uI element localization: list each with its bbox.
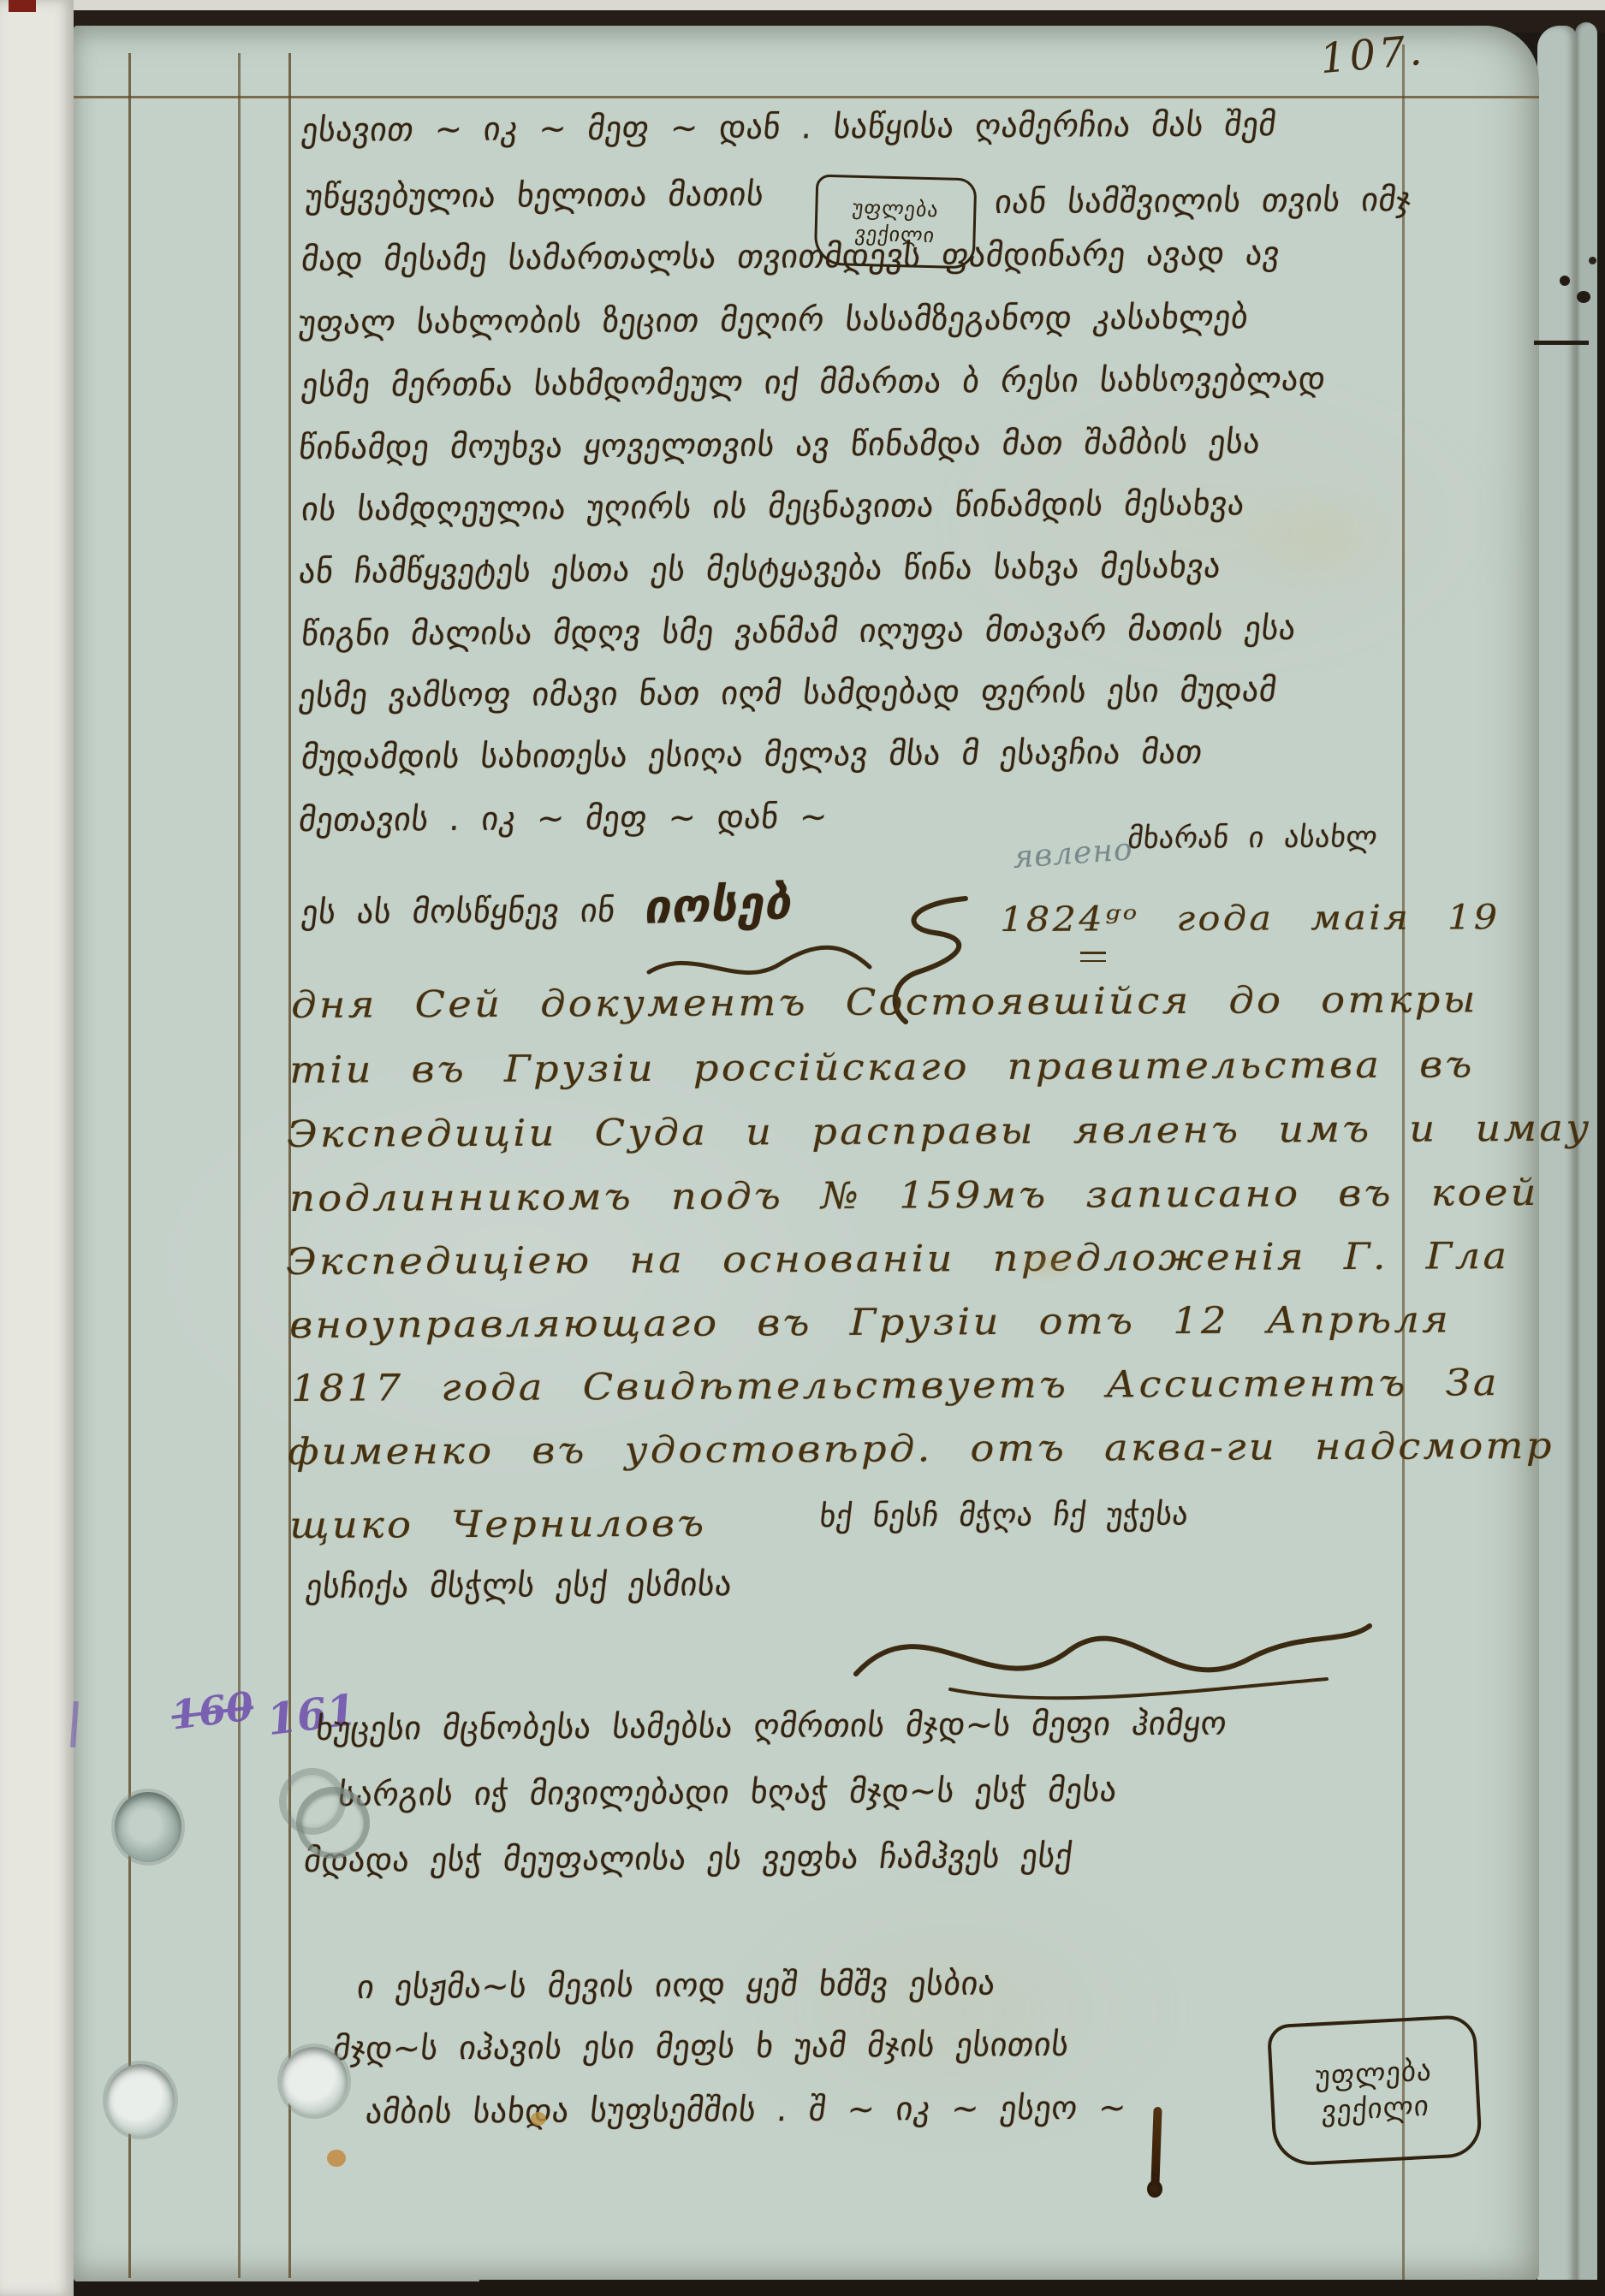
manuscript-line: მჯდ~ს იჰავის ესი მეფს ხ უამ მჯის ესითის: [331, 2026, 1071, 2068]
punch-hole: [106, 2064, 175, 2136]
manuscript-line: подлинникомъ подъ № 159мъ записано въ ко…: [289, 1172, 1539, 1220]
manuscript-line: ხუცესი მცნობესა სამებსა ღმრთის მჯდ~ს მეფ…: [314, 1705, 1229, 1747]
ink-speck: [1577, 291, 1590, 303]
manuscript-line: дня Сей документъ Состоявшійся до откры: [291, 978, 1478, 1027]
paper-stain: [1010, 1245, 1087, 1284]
ruled-line-margin-a: [128, 53, 131, 2278]
ruled-line-margin-c: [288, 53, 291, 2278]
manuscript-line: щико Черниловъ: [289, 1503, 707, 1547]
embossed-seal: [279, 1768, 346, 1835]
ruled-line-top: [74, 96, 1539, 98]
manuscript-line: ესავით ~ იკ ~ მეფ ~ დან . საწყისა ღამერჩ…: [300, 105, 1279, 149]
manuscript-line: фименко въ удостовѣрд. отъ аква-ги надсм…: [288, 1425, 1554, 1474]
paper-stain: [1224, 479, 1412, 599]
manuscript-line: 1824ᵍᵒ года маія 19: [1000, 898, 1501, 940]
punch-hole: [281, 2047, 348, 2115]
stamp-text-line2: ვექილი: [816, 221, 975, 249]
ink-speck: [1589, 257, 1596, 264]
punch-hole: [115, 1792, 181, 1862]
manuscript-line: ესმე ვამსოფ იმავი ნათ იღმ სამდებად ფერის…: [297, 671, 1279, 715]
page-number: 107.: [1318, 27, 1427, 83]
manuscript-line: უფალ სახლობის ზეცით მეღირ სასამზეგანოდ კ…: [297, 298, 1251, 341]
manuscript-line: იან სამშვილის თვის იმჯ: [993, 181, 1414, 221]
ruled-line-margin-b: [238, 53, 241, 2278]
ink-drip-blob: [1147, 2180, 1162, 2198]
manuscript-scan: 107. ესავით ~ იკ ~ მეფ ~ დან . საწყისა ღ…: [0, 0, 1605, 2296]
georgian-stamp-box-top: უფლება ვექილი: [814, 175, 978, 270]
manuscript-line: მხარან ი ასახლ: [1126, 820, 1379, 856]
underlying-page-edge-2: [1575, 22, 1597, 2296]
edge-mark: [1534, 341, 1589, 345]
manuscript-line: ის სამდღეულია უღირს ის მეცნავითა წინამდი…: [300, 484, 1247, 528]
manuscript-line: ესმე მერთნა სახმდომეულ იქ მმართა ბ რესი …: [300, 360, 1328, 404]
ruled-line-right: [1402, 44, 1405, 2280]
paper-stain: [327, 2150, 346, 2167]
manuscript-line: სარგის იჭ მივილებადი ხღაჭ მჯდ~ს ესჭ მესა: [336, 1771, 1120, 1813]
red-corner-mark: [9, 0, 36, 12]
manuscript-line: მად მესამე სამართალსა თვითმდევს ფამდინარ…: [300, 234, 1282, 278]
signature-name: იოსებ: [641, 875, 799, 934]
manuscript-line: მუდამდის სახითესა ესიღა მელავ მსა მ ესავ…: [300, 733, 1205, 776]
manuscript-line: წიგნი მალისა მდღვ სმე ვანმამ იღუფა მთავა…: [300, 609, 1299, 653]
manuscript-line: ამბის სახდა სუფსემშის . შ ~ იკ ~ ესეო ~: [364, 2089, 1129, 2131]
closing-flourish: [847, 1607, 1378, 1718]
underlying-page-edge-1: [1537, 26, 1577, 2296]
manuscript-line: ან ჩამწყვეტეს ესთა ეს მესტყავება წინა სა…: [297, 547, 1223, 590]
manuscript-line: მდადა ესჭ მეუფალისა ეს ვეფხა ჩამჰვეს ესქ: [302, 1837, 1075, 1879]
manuscript-line: ესჩიქა მსჭლს ესქ ესმისა: [304, 1565, 734, 1605]
scanner-edge-top: [74, 0, 1605, 10]
manuscript-line: ეს ას მოსწყნევ ინ: [300, 892, 618, 931]
manuscript-line: ი ესჟმა~ს მევის იოდ ყეშ ხმშვ ესბია: [355, 1964, 998, 2006]
ink-speck: [1560, 276, 1570, 286]
manuscript-line: Экспедиціею на основаніи предложенія Г. …: [286, 1235, 1510, 1284]
manuscript-line: მეთავის . იკ ~ მეფ ~ დან ~: [297, 798, 829, 839]
manuscript-line: вноуправляющаго въ Грузіи отъ 12 Апрѣля: [289, 1298, 1451, 1347]
stamp-text-line1: უფლება: [817, 195, 976, 223]
georgian-stamp-box-bottom: უფლება ვექილი: [1267, 2014, 1483, 2168]
scanner-edge-left: [0, 0, 74, 2296]
manuscript-line: უწყვებულია ხელითა მათის: [304, 175, 766, 216]
manuscript-line: 1817 года Свидѣтельствуетъ Ассистентъ За: [291, 1362, 1500, 1410]
manuscript-line: тіи въ Грузіи россійскаго правительства …: [289, 1043, 1475, 1092]
paper-stain: [531, 2112, 546, 2126]
book-edge-bottom: [479, 2280, 1605, 2296]
manuscript-line: წინამდე მოუხვა ყოველთვის ავ წინამდა მათ …: [297, 423, 1263, 466]
date-underline: [1080, 952, 1106, 962]
manuscript-line: Экспедиціи Суда и расправы явленъ имъ и …: [287, 1107, 1592, 1156]
manuscript-line: ხქ ნესჩ მჭღა ჩქ უჭესა: [817, 1497, 1191, 1534]
